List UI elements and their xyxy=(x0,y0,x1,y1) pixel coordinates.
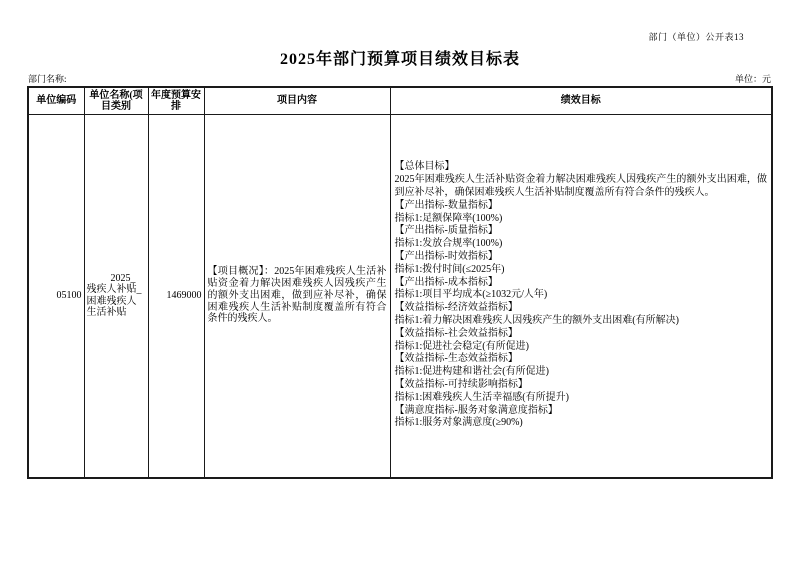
header-row: 单位编码 单位名称(项目类别 年度预算安排 项目内容 绩效目标 xyxy=(28,87,772,115)
document-page: 部门（单位）公开表13 2025年部门预算项目绩效目标表 部门名称: 单位：元 … xyxy=(0,0,800,565)
performance-target-lines: 【总体目标】 2025年困难残疾人生活补贴资金着力解决困难残疾人因残疾产生的额外… xyxy=(393,161,770,430)
performance-target-line: 指标1:促进社会稳定(有所促进) xyxy=(395,341,768,354)
performance-target-line: 2025年困难残疾人生活补贴资金着力解决困难残疾人因残疾产生的额外支出困难，做到… xyxy=(395,174,768,200)
performance-target-line: 【效益指标-社会效益指标】 xyxy=(395,328,768,341)
cell-unit-name: 2025_ 残疾人补贴_ 困难残疾人 生活补贴 xyxy=(84,115,148,478)
unit-name-text: 2025_ 残疾人补贴_ 困难残疾人 生活补贴 xyxy=(87,273,146,319)
performance-target-line: 【满意度指标-服务对象满意度指标】 xyxy=(395,405,768,418)
performance-target-line: 指标1:促进构建和谐社会(有所促进) xyxy=(395,366,768,379)
performance-target-line: 【产出指标-质量指标】 xyxy=(395,225,768,238)
budget-table: 单位编码 单位名称(项目类别 年度预算安排 项目内容 绩效目标 05100 20… xyxy=(27,86,773,479)
performance-target-line: 指标1:拨付时间(≤2025年) xyxy=(395,264,768,277)
performance-target-line: 【产出指标-数量指标】 xyxy=(395,200,768,213)
performance-target-line: 指标1:发放合规率(100%) xyxy=(395,238,768,251)
corner-note: 部门（单位）公开表13 xyxy=(648,30,744,43)
header-annual-budget: 年度预算安排 xyxy=(148,87,204,115)
performance-target-line: 【产出指标-成本指标】 xyxy=(395,277,768,290)
meta-row: 部门名称: 单位：元 xyxy=(28,72,771,85)
table-row: 05100 2025_ 残疾人补贴_ 困难残疾人 生活补贴 1469000 【项… xyxy=(28,115,772,478)
performance-target-line: 指标1:困难残疾人生活幸福感(有所提升) xyxy=(395,392,768,405)
page-title: 2025年部门预算项目绩效目标表 xyxy=(0,46,800,69)
header-unit-name: 单位名称(项目类别 xyxy=(84,87,148,115)
cell-annual-budget: 1469000 xyxy=(148,115,204,478)
performance-target-line: 【效益指标-经济效益指标】 xyxy=(395,302,768,315)
performance-target-line: 【产出指标-时效指标】 xyxy=(395,251,768,264)
project-content-text: 【项目概况】：2025年困难残疾人生活补贴资金着力解决困难残疾人因残疾产生的额外… xyxy=(207,266,388,325)
performance-target-line: 【效益指标-生态效益指标】 xyxy=(395,353,768,366)
department-name-label: 部门名称: xyxy=(28,72,67,85)
performance-target-line: 指标1:项目平均成本(≥1032元/人年) xyxy=(395,289,768,302)
performance-target-line: 指标1:服务对象满意度(≥90%) xyxy=(395,417,768,430)
cell-project-content: 【项目概况】：2025年困难残疾人生活补贴资金着力解决困难残疾人因残疾产生的额外… xyxy=(204,115,390,478)
header-performance-target: 绩效目标 xyxy=(390,87,772,115)
header-project-content: 项目内容 xyxy=(204,87,390,115)
performance-target-line: 【总体目标】 xyxy=(395,161,768,174)
performance-target-line: 指标1:足额保障率(100%) xyxy=(395,213,768,226)
cell-unit-code: 05100 xyxy=(28,115,84,478)
unit-label: 单位：元 xyxy=(735,72,771,85)
header-unit-code: 单位编码 xyxy=(28,87,84,115)
performance-target-line: 【效益指标-可持续影响指标】 xyxy=(395,379,768,392)
performance-target-line: 指标1:着力解决困难残疾人因残疾产生的额外支出困难(有所解决) xyxy=(395,315,768,328)
cell-performance-target: 【总体目标】 2025年困难残疾人生活补贴资金着力解决困难残疾人因残疾产生的额外… xyxy=(390,115,772,478)
